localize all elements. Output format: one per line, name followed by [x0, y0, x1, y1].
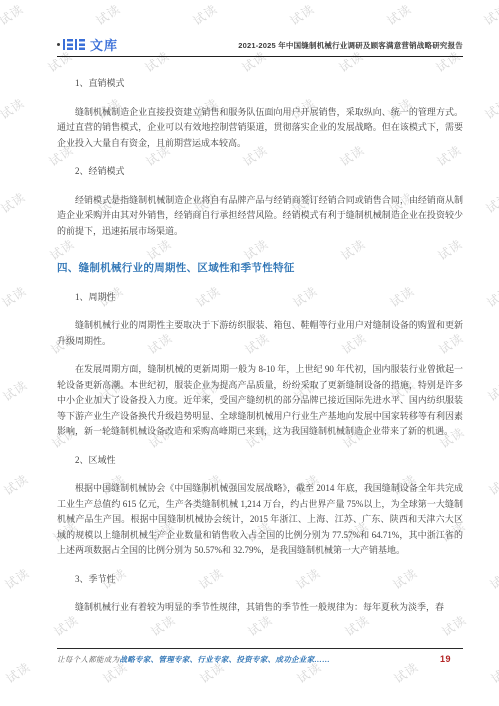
watermark-text: 试读 [2, 658, 33, 687]
watermark-text: 试读 [487, 658, 499, 687]
footer-divider [57, 648, 463, 649]
paragraph-seasonality: 缝制机械行业有着较为明显的季节性规律，其销售的季节性一般规律为：每年夏秋为淡季，… [57, 600, 463, 616]
page-header: 文库 2021-2025 年中国缝制机械行业调研及顾客满意营销战略研究报告 [57, 26, 463, 54]
watermark-text: 试读 [0, 94, 28, 123]
watermark-text: 试读 [383, 0, 414, 29]
watermark-text: 试读 [485, 470, 499, 499]
header-divider [57, 56, 463, 57]
watermark-text: 试读 [0, 470, 31, 499]
paragraph-distribution: 经销模式是指缝制机械制造企业将自有品牌产品与经销商签订经销合同或销售合同，由经销… [57, 193, 463, 240]
watermark-text: 试读 [0, 282, 30, 311]
watermark-text: 试读 [481, 94, 499, 123]
section-heading-regionality: 2、区域性 [57, 453, 463, 469]
watermark-text: 试读 [189, 0, 220, 29]
footer-slogan-prefix: 让每个人都能成为 [57, 655, 119, 664]
watermark-text: 试读 [286, 0, 317, 29]
watermark-text: 试读 [482, 188, 499, 217]
paragraph-regionality: 根据中国缝制机械协会《中国缝制机械强国发展战略》，截至 2014 年底，我国缝制… [57, 481, 463, 559]
page-number: 19 [440, 654, 463, 664]
section-heading-seasonality: 3、季节性 [57, 572, 463, 588]
watermark-text: 试读 [92, 0, 123, 29]
logo-glyph-icon [63, 39, 73, 50]
watermark-text: 试读 [486, 564, 499, 593]
paragraph-direct-sales: 缝制机械制造企业直接投资建立销售和服务队伍面向用户开展销售，采取纵向、统一的管理… [57, 105, 463, 152]
watermark-text: 试读 [0, 376, 31, 405]
watermark-text: 试读 [0, 0, 27, 29]
paragraph-cyclicality-2: 在发展周期方面，缝制机械的更新周期一般为 8-10 年，上世纪 90 年代初，国… [57, 362, 463, 440]
section-heading-direct-sales: 1、直销模式 [57, 76, 463, 92]
logo-text: 文库 [90, 35, 118, 54]
paragraph-cyclicality-1: 缝制机械行业的周期性主要取决于下游纺织服装、箱包、鞋帽等行业用户对缝制设备的购置… [57, 318, 463, 349]
watermark-text: 试读 [483, 282, 499, 311]
page-footer: 让每个人都能成为战略专家、管理专家、行业专家、投资专家、成功企业家…… 19 [57, 654, 463, 665]
chapter-heading: 四、缝制机械行业的周期性、区域性和季节性特征 [57, 261, 463, 277]
section-heading-distribution: 2、经销模式 [57, 164, 463, 180]
footer-slogan: 让每个人都能成为战略专家、管理专家、行业专家、投资专家、成功企业家…… [57, 654, 330, 665]
watermark-text: 试读 [1, 564, 32, 593]
watermark-text: 试读 [0, 188, 29, 217]
report-title: 2021-2025 年中国缝制机械行业调研及顾客满意营销战略研究报告 [238, 40, 463, 54]
footer-slogan-highlight: 战略专家、管理专家、行业专家、投资专家、成功企业家…… [119, 655, 330, 664]
watermark-text: 试读 [480, 0, 499, 29]
logo-glyph-icon [75, 39, 85, 50]
logo: 文库 [57, 35, 118, 54]
document-page: 试读试读试读试读试读试读试读试读试读试读试读试读试读试读试读试读试读试读试读试读… [0, 0, 499, 706]
watermark-text: 试读 [484, 376, 499, 405]
logo-bullet-icon [57, 43, 60, 46]
section-heading-cyclicality: 1、周期性 [57, 290, 463, 306]
document-body: 1、直销模式 缝制机械制造企业直接投资建立销售和服务队伍面向用户开展销售，采取纵… [57, 63, 463, 629]
